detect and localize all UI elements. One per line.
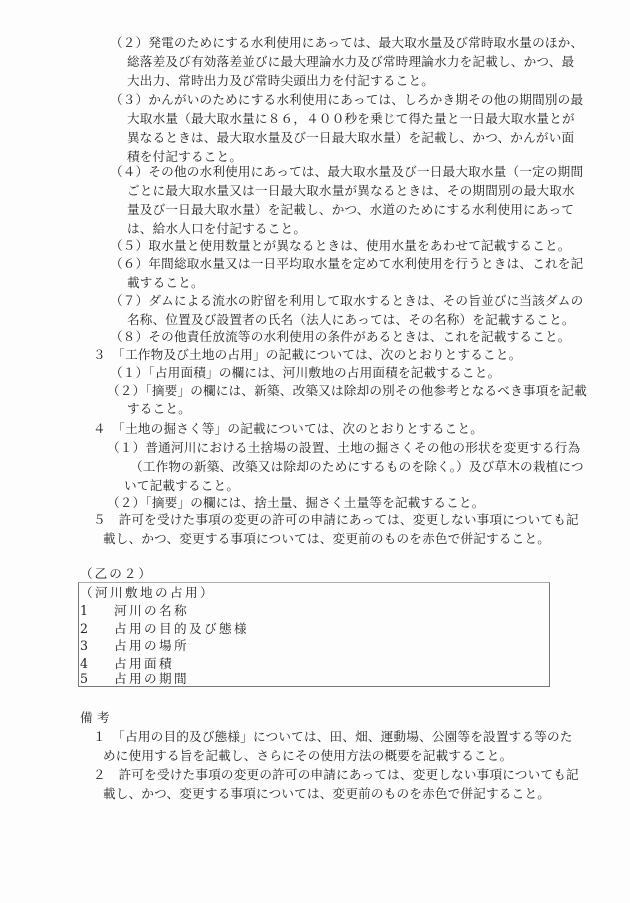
note-line: 載すること。 — [127, 273, 204, 292]
note-line: （２）発電のためにする水利使用にあっては、最大取水量及び常時取水量のほか、 — [110, 33, 583, 52]
form-row-num: 5 — [80, 670, 114, 688]
remark-line: めに使用する旨を記載し、さらにその使用方法の概要を記載すること。 — [103, 746, 512, 765]
section-heading: ３ 「工作物及び土地の占用」の記載については、次のとおりとすること。 — [93, 345, 521, 364]
form-row-num: 3 — [80, 637, 114, 655]
note-line: 異なるときは、最大取水量及び一日最大取水量）を記載し、かつ、かんがい面 — [127, 128, 574, 147]
form-row-text: 占用の目的及び態様 — [114, 621, 249, 636]
note-line: （１）普通河川における土捨場の設置、土地の掘さくその他の形状を変更する行為 — [107, 438, 580, 457]
form-label: （乙の２） — [80, 564, 153, 583]
remarks-heading: 備 考 — [80, 708, 110, 727]
form-row: 3占用の場所 — [80, 637, 189, 655]
section-heading: ４ 「土地の掘さく等」の記載については、次のとおりとすること。 — [93, 419, 483, 438]
form-row: 1河川の名称 — [80, 602, 189, 620]
form-box: （河川敷地の占用） 1河川の名称 2占用の目的及び態様 3占用の場所 4占用面積… — [78, 582, 550, 687]
section-heading: ５ 許可を受けた事項の変更の許可の申請にあっては、変更しない事項についても記 — [93, 510, 579, 529]
form-row-text: 占用面積 — [114, 656, 174, 671]
note-line: 載し、かつ、変更する事項については、変更前のものを赤色で併記すること。 — [103, 529, 550, 548]
note-line: 大取水量（最大取水量に８６，４００秒を乗じて得た量と一日最大取水量とが — [127, 109, 575, 128]
note-line: すること。 — [127, 399, 191, 418]
note-line: （２）「摘要」の欄には、新築、改築又は除却の別その他参考となるべき事項を記載 — [107, 381, 587, 400]
form-row: 5占用の期間 — [80, 670, 189, 688]
note-line: （３）かんがいのためにする水利使用にあっては、しろかき期その他の期間別の最 — [110, 90, 583, 109]
note-line: （４）その他の水利使用にあっては、最大取水量及び一日最大取水量（一定の期間 — [110, 162, 583, 181]
note-line: （５）取水量と使用数量とが異なるときは、使用水量をあわせて記載すること。 — [110, 236, 571, 255]
form-row-text: 占用の場所 — [114, 638, 189, 653]
form-box-title: （河川敷地の占用） — [80, 584, 215, 602]
note-line: （１）「占用面積」の欄には、河川敷地の占用面積を記載すること。 — [110, 363, 500, 382]
note-line: （７）ダムによる流水の貯留を利用して取水するときは、その旨並びに当該ダムの — [110, 291, 583, 310]
form-row-num: 1 — [80, 602, 114, 620]
form-row-text: 占用の期間 — [114, 671, 189, 686]
form-row-text: 河川の名称 — [114, 603, 189, 618]
form-row-num: 2 — [80, 620, 114, 638]
note-line: （８）その他責任放流等の水利使用の条件があるときは、これを記載すること。 — [110, 327, 571, 346]
note-line: 量及び一日最大取水量）を記載し、かつ、水道のためにする水利使用にあって — [127, 200, 574, 219]
note-line: （６）年間総取水量又は一日平均取水量を定めて水利使用を行うときは、これを記 — [110, 254, 583, 273]
remark-line: １ 「占用の目的及び態様」については、田、畑、運動場、公園等を設置する等のた — [93, 727, 573, 746]
note-line: （工作物の新築、改築又は除却のためにするものを除く。）及び草木の栽植につ — [130, 457, 584, 476]
remark-line: ２ 許可を受けた事項の変更の許可の申請にあっては、変更しない事項についても記 — [93, 765, 579, 784]
form-row: 2占用の目的及び態様 — [80, 620, 249, 638]
note-line: 大出力、常時出力及び常時尖頭出力を付記すること。 — [127, 71, 434, 90]
note-line: ごとに最大取水量又は一日最大取水量が異なるときは、その期間別の最大取水 — [127, 181, 575, 200]
remark-line: 載し、かつ、変更する事項については、変更前のものを赤色で併記すること。 — [103, 784, 550, 803]
note-line: 総落差及び有効落差並びに最大理論水力及び常時理論水力を記載し、かつ、最 — [127, 52, 574, 71]
